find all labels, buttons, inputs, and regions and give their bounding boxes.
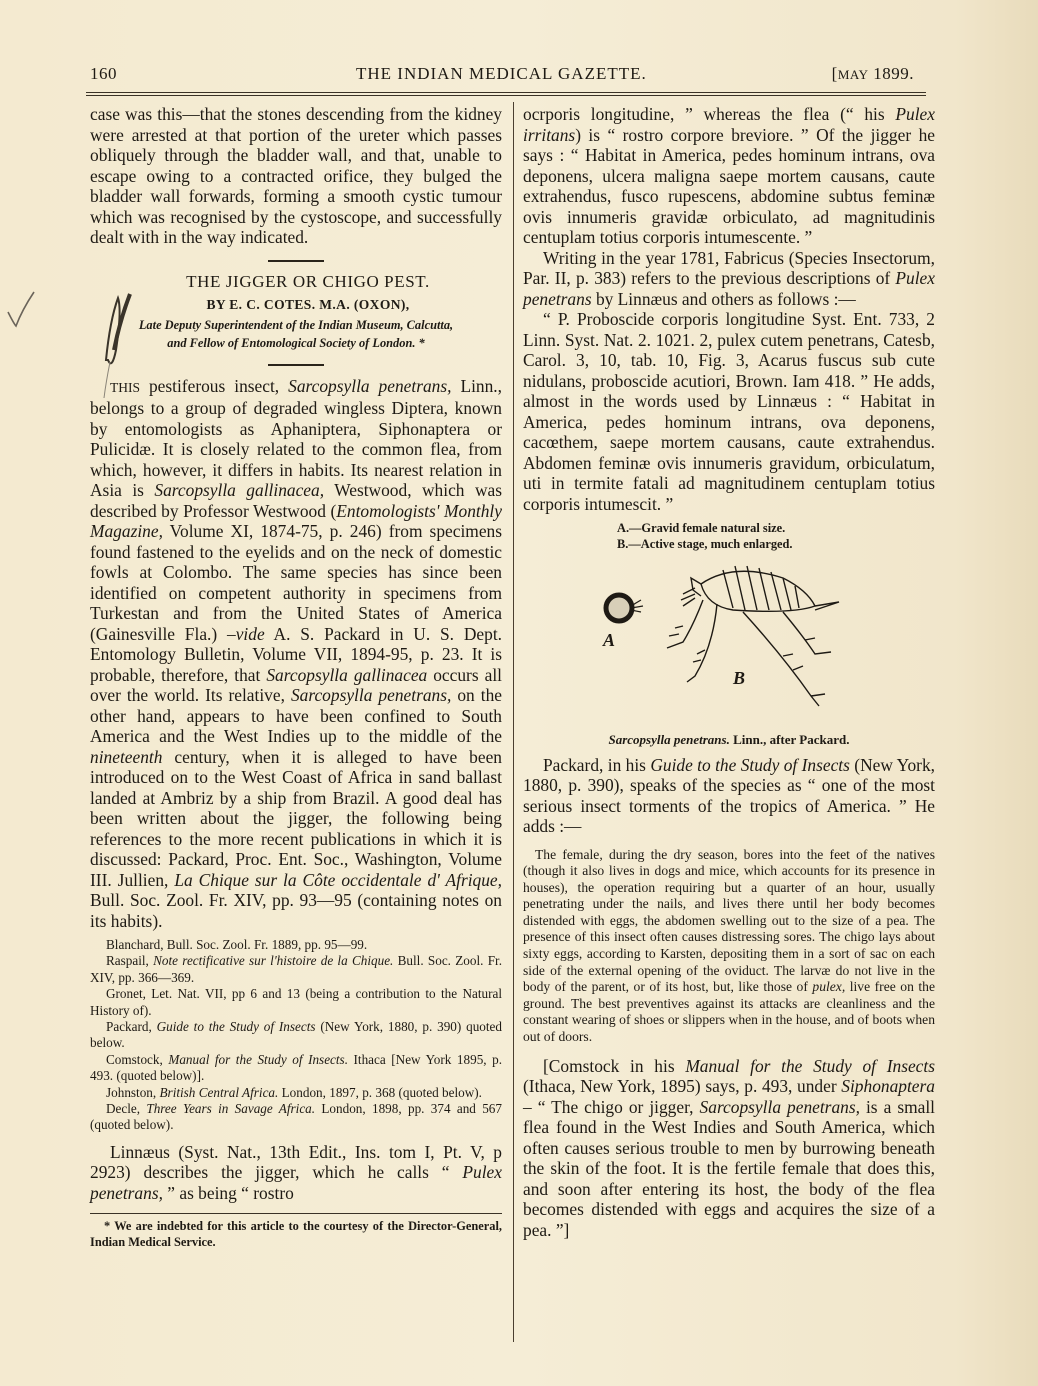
article-body-paragraph: THIS pestiferous insect, Sarcopsylla pen… <box>90 376 502 932</box>
comstock-paragraph: [Comstock in his Manual for the Study of… <box>523 1056 935 1241</box>
figure-label-b: B <box>732 668 745 688</box>
figure-label-a: A <box>602 630 615 650</box>
packard-quotation: The female, during the dry season, bores… <box>523 847 935 1046</box>
footnote-rule <box>90 1213 502 1214</box>
reference-item: Packard, Guide to the Study of Insects (… <box>90 1019 502 1052</box>
scanned-page: 160 THE INDIAN MEDICAL GAZETTE. [MAY 189… <box>0 0 1038 1386</box>
body-paragraph: Writing in the year 1781, Fabricus (Spec… <box>523 248 935 310</box>
continuation-paragraph: case was this—that the stones descending… <box>90 104 502 248</box>
section-rule <box>268 364 324 366</box>
page-header: 160 THE INDIAN MEDICAL GAZETTE. [MAY 189… <box>86 62 926 88</box>
reference-list: Blanchard, Bull. Soc. Zool. Fr. 1889, pp… <box>90 937 502 1134</box>
figure-caption: Sarcopsylla penetrans. Linn., after Pack… <box>523 730 935 751</box>
reference-item: Johnston, British Central Africa. London… <box>90 1085 502 1101</box>
reference-item: Comstock, Manual for the Study of Insect… <box>90 1052 502 1085</box>
author-affiliation-1: Late Deputy Superintendent of the Indian… <box>90 316 502 334</box>
column-divider <box>513 102 514 1342</box>
flea-illustration: A B <box>523 556 935 728</box>
body-paragraph: “ P. Proboscide corporis longitudine Sys… <box>523 309 935 514</box>
body-paragraph: Packard, in his Guide to the Study of In… <box>523 755 935 837</box>
section-rule <box>268 260 324 262</box>
header-rule <box>86 92 926 96</box>
reference-item: Gronet, Let. Nat. VII, pp 6 and 13 (bein… <box>90 986 502 1019</box>
reference-item: Decle, Three Years in Savage Africa. Lon… <box>90 1101 502 1134</box>
issue-year: 1899. <box>873 64 914 83</box>
gravid-female-figure <box>606 595 643 621</box>
journal-title: THE INDIAN MEDICAL GAZETTE. <box>356 64 647 84</box>
body-paragraph: ocrporis longitudine, ” whereas the flea… <box>523 104 935 248</box>
page-number: 160 <box>90 64 117 84</box>
left-column: case was this—that the stones descending… <box>90 104 502 1250</box>
figure-legend: A.—Gravid female natural size. B.—Active… <box>617 520 935 552</box>
issue-month: MAY <box>838 67 869 82</box>
author-affiliation-2: and Fellow of Entomological Society of L… <box>90 334 502 352</box>
active-flea-figure <box>667 566 839 706</box>
article-byline: BY E. C. COTES. M.A. (OXON), <box>114 295 502 316</box>
figure-legend-a: A.—Gravid female natural size. <box>617 520 935 536</box>
linnaeus-paragraph: Linnæus (Syst. Nat., 13th Edit., Ins. to… <box>90 1142 502 1204</box>
pencil-checkmark-icon <box>6 290 36 330</box>
right-column: ocrporis longitudine, ” whereas the flea… <box>523 104 935 1240</box>
reference-item: Blanchard, Bull. Soc. Zool. Fr. 1889, pp… <box>90 937 502 953</box>
reference-item: Raspail, Note rectificative sur l'histoi… <box>90 953 502 986</box>
jigger-flea-drawing-icon: A B <box>583 556 883 728</box>
figure-legend-b: B.—Active stage, much enlarged. <box>617 536 935 552</box>
issue-date: [MAY 1899. <box>832 64 914 84</box>
article-title: THE JIGGER OR CHIGO PEST. <box>114 272 502 293</box>
footnote: * We are indebted for this article to th… <box>90 1218 502 1250</box>
